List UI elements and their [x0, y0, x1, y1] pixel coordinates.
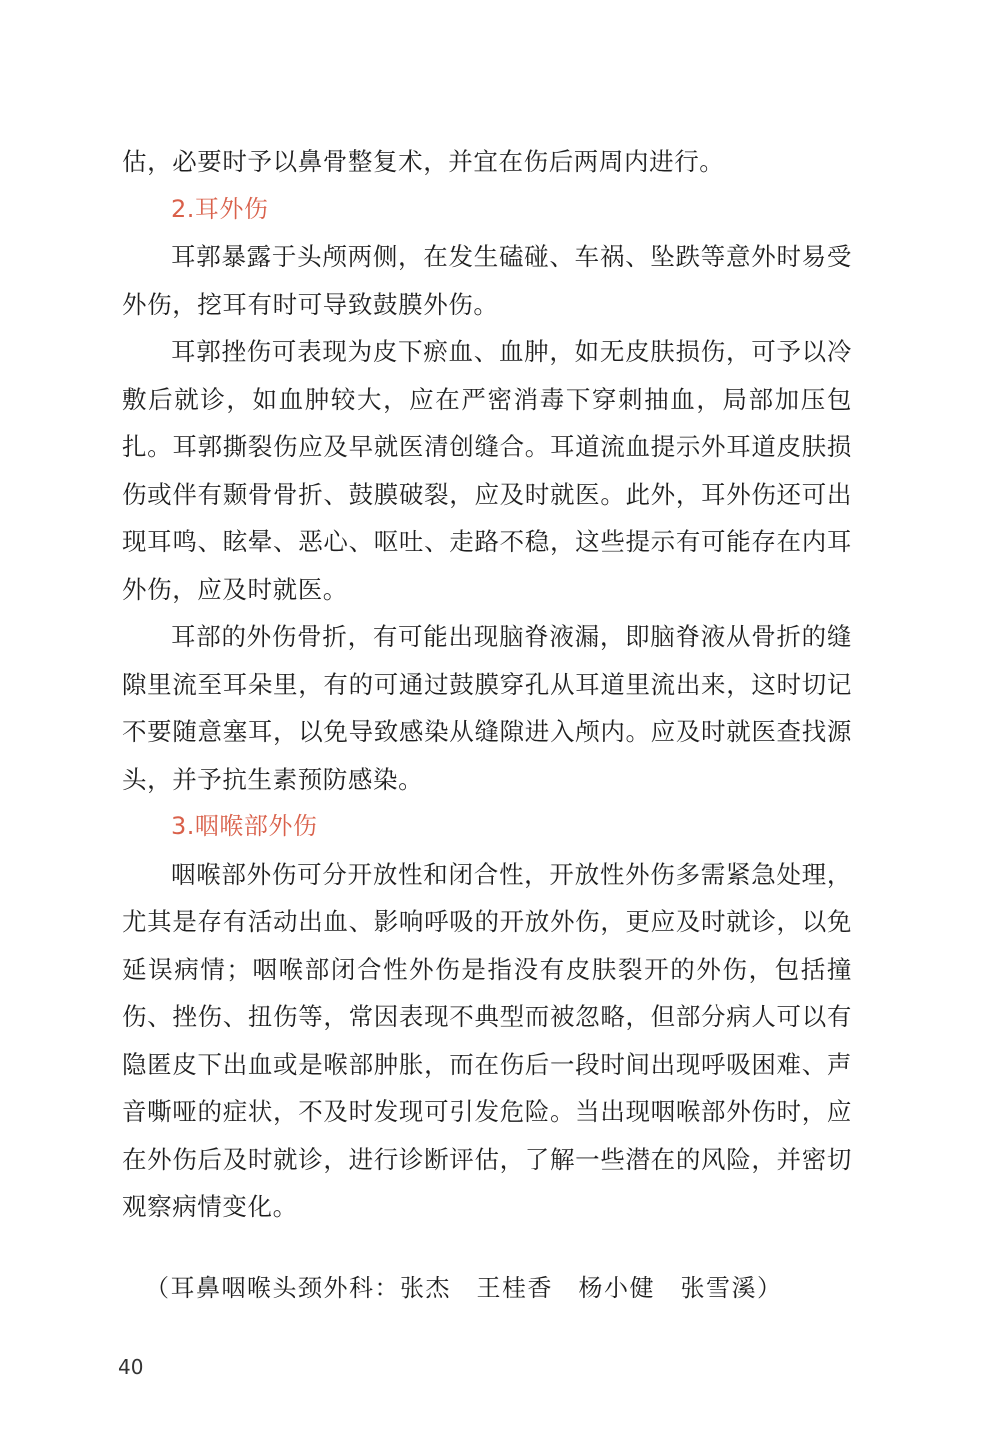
section-heading-throat-injury: 3.咽喉部外伤	[122, 803, 852, 851]
page-number: 40	[118, 1355, 143, 1379]
paragraph-ear-contusion: 耳郭挫伤可表现为皮下瘀血、血肿，如无皮肤损伤，可予以冷敷后就诊，如血肿较大，应在…	[122, 328, 852, 613]
document-page: 估，必要时予以鼻骨整复术，并宜在伤后两周内进行。 2.耳外伤 耳郭暴露于头颅两侧…	[122, 138, 852, 1231]
paragraph-ear-fracture: 耳部的外伤骨折，有可能出现脑脊液漏，即脑脊液从骨折的缝隙里流至耳朵里，有的可通过…	[122, 613, 852, 803]
section-heading-ear-injury: 2.耳外伤	[122, 186, 852, 234]
author-signature: （耳鼻咽喉头颈外科：张杰 王桂香 杨小健 张雪溪）	[145, 1268, 783, 1303]
paragraph-continuation: 估，必要时予以鼻骨整复术，并宜在伤后两周内进行。	[122, 138, 852, 186]
paragraph-ear-exposure: 耳郭暴露于头颅两侧，在发生磕碰、车祸、坠跌等意外时易受外伤，挖耳有时可导致鼓膜外…	[122, 233, 852, 328]
paragraph-throat-injury: 咽喉部外伤可分开放性和闭合性，开放性外伤多需紧急处理，尤其是存有活动出血、影响呼…	[122, 851, 852, 1231]
